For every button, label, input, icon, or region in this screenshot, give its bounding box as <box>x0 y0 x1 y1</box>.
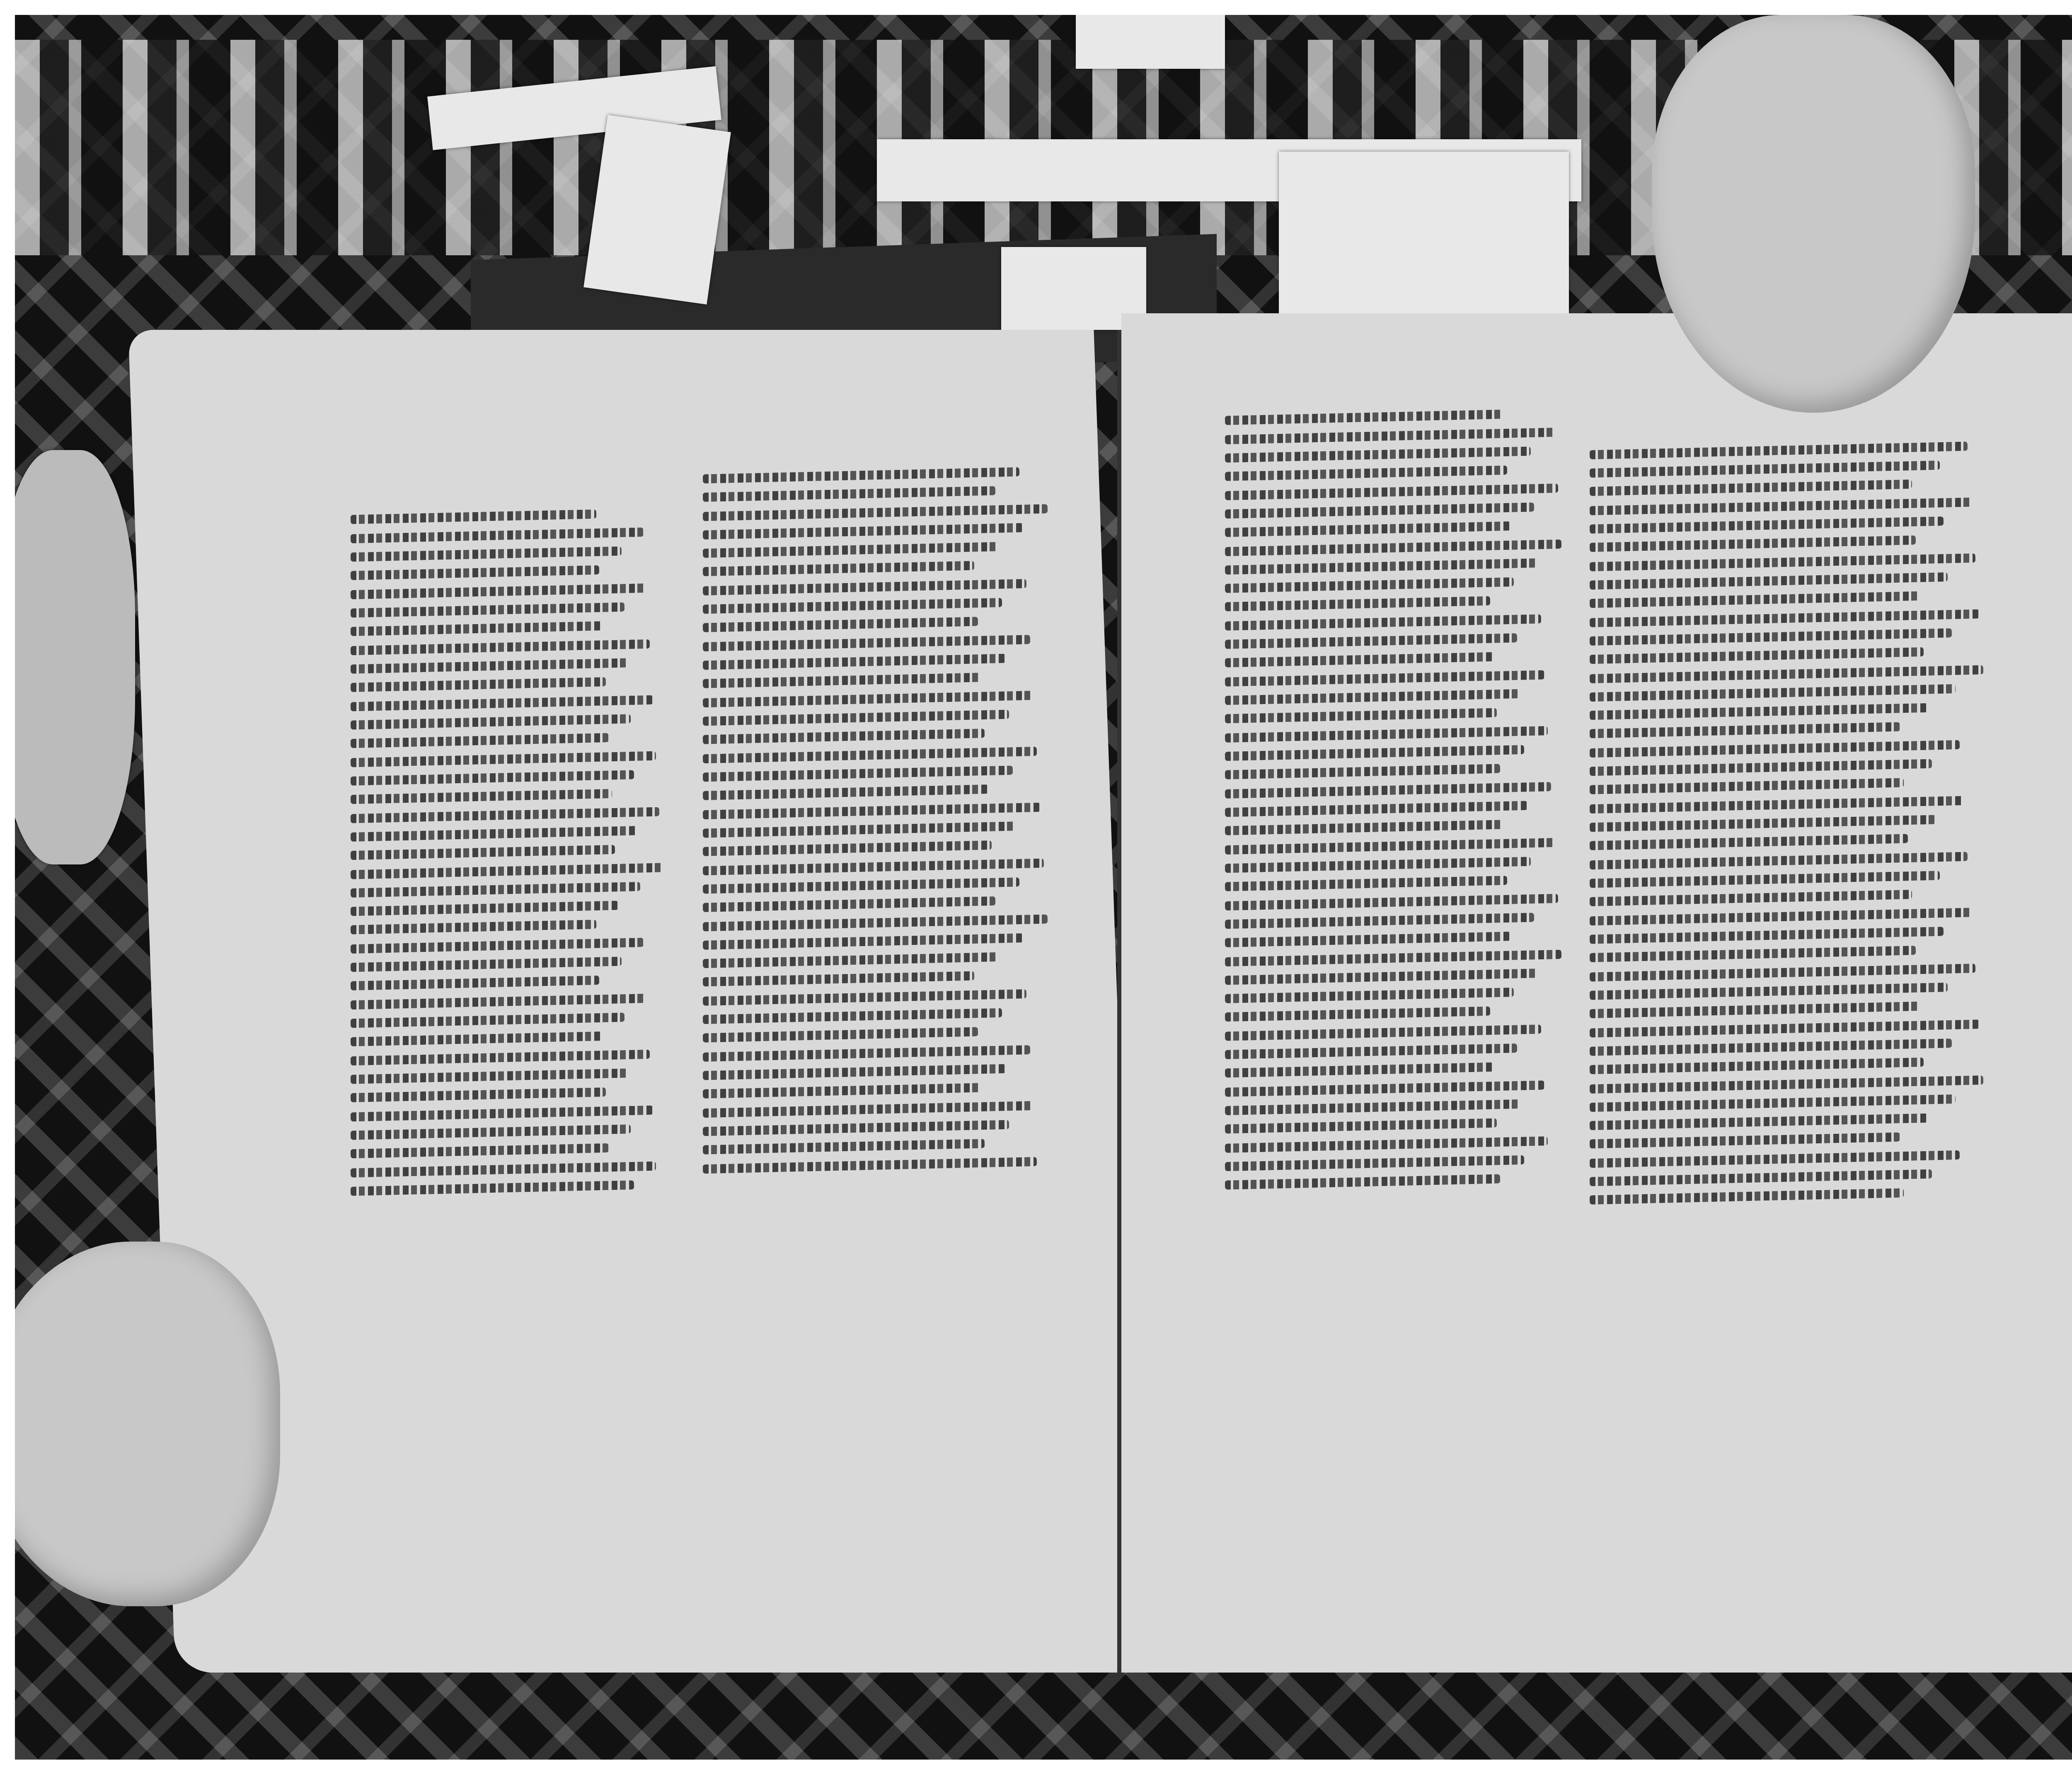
handwritten-line <box>703 1083 981 1098</box>
handwritten-line <box>351 677 606 692</box>
handwritten-line <box>1225 614 1541 630</box>
handwritten-line <box>703 1027 978 1042</box>
handwritten-line <box>703 821 1016 838</box>
handwritten-line <box>351 920 596 934</box>
text-column-3 <box>1225 413 1565 1186</box>
handwritten-line <box>1590 740 1960 758</box>
handwritten-line <box>1225 1080 1544 1097</box>
handwritten-line <box>1590 479 1912 496</box>
handwritten-line <box>1590 1058 1924 1074</box>
paper-slip <box>583 115 731 305</box>
handwritten-line <box>703 710 1009 726</box>
handwritten-line <box>351 994 647 1009</box>
handwritten-line <box>1225 689 1521 705</box>
handwritten-line <box>1225 577 1514 593</box>
handwritten-line <box>1590 591 1920 608</box>
handwritten-line <box>703 840 992 856</box>
handwritten-line <box>351 621 603 636</box>
handwritten-line <box>1225 708 1497 724</box>
handwritten-line <box>1590 722 1900 738</box>
handwritten-line <box>1590 1169 1932 1186</box>
handwritten-line <box>1225 1136 1548 1153</box>
handwritten-line <box>703 486 995 502</box>
handwritten-line <box>1590 1150 1960 1168</box>
handwritten-line <box>703 635 1030 651</box>
handwritten-line <box>1225 521 1510 537</box>
handwritten-line <box>1590 1094 1956 1112</box>
handwritten-line <box>1225 1043 1518 1059</box>
handwritten-line <box>351 1068 628 1084</box>
handwritten-line <box>1225 820 1504 835</box>
handwritten-line <box>703 504 1048 521</box>
handwritten-line <box>1225 484 1558 500</box>
book-gutter <box>1117 330 1121 1673</box>
handwritten-line <box>1225 596 1490 612</box>
handwritten-line <box>703 654 1006 670</box>
handwritten-line <box>1225 913 1534 929</box>
handwritten-line <box>1225 1118 1497 1134</box>
handwritten-line <box>1590 1075 1984 1094</box>
handwritten-line <box>1590 834 1908 850</box>
handwritten-line <box>1590 871 1940 888</box>
paper-slip <box>1279 152 1569 317</box>
text-column-2 <box>703 471 1051 1170</box>
handwritten-line <box>1590 963 1975 981</box>
handwritten-line <box>1590 498 1972 516</box>
handwritten-line <box>703 1008 1002 1024</box>
handwritten-line <box>1225 726 1548 743</box>
handwritten-line <box>1225 633 1518 649</box>
handwritten-line <box>1225 988 1514 1003</box>
photo-frame <box>15 15 2072 1760</box>
handwritten-line <box>703 1139 985 1154</box>
handwritten-line <box>1590 516 1944 533</box>
handwritten-line <box>1225 745 1524 761</box>
handwritten-line <box>351 603 625 618</box>
handwritten-line <box>703 784 988 800</box>
handwritten-line <box>1590 609 1980 627</box>
handwritten-line <box>703 989 1026 1006</box>
handwritten-line <box>351 1143 609 1158</box>
handwritten-line <box>1590 815 1936 832</box>
handwritten-line <box>351 789 612 804</box>
handwritten-line <box>1590 1002 1920 1018</box>
handwritten-line <box>351 547 622 562</box>
handwritten-line <box>351 658 628 673</box>
handwritten-line <box>351 565 600 580</box>
handwritten-line <box>1590 535 1916 552</box>
handwritten-line <box>351 733 609 748</box>
handwritten-line <box>351 695 653 712</box>
cloth <box>15 450 135 864</box>
handwritten-line <box>703 1120 1009 1136</box>
handwritten-line <box>351 901 618 916</box>
handwritten-line <box>1590 1133 1900 1149</box>
handwritten-line <box>703 803 1041 819</box>
handwritten-line <box>1225 801 1527 817</box>
paper-slip <box>1076 15 1225 69</box>
handwritten-line <box>1590 927 1944 944</box>
handwritten-line <box>351 770 634 786</box>
handwritten-line <box>351 807 659 823</box>
handwritten-line <box>703 542 999 558</box>
handwritten-line <box>351 751 656 767</box>
handwritten-line <box>351 882 641 898</box>
handwritten-line <box>1590 572 1948 590</box>
handwritten-line <box>703 877 1020 893</box>
handwritten-line <box>1225 876 1507 891</box>
handwritten-line <box>703 859 1044 876</box>
handwritten-line <box>703 673 981 688</box>
handwritten-line <box>703 561 975 576</box>
handwritten-line <box>351 976 600 990</box>
handwritten-line <box>703 1045 1030 1062</box>
handwritten-line <box>1590 908 1972 926</box>
right-hand <box>1652 15 1975 413</box>
text-column-1 <box>351 512 666 1193</box>
handwritten-line <box>1590 628 1952 646</box>
handwritten-line <box>351 1162 656 1178</box>
handwritten-line <box>351 938 644 954</box>
handwritten-line <box>1225 1099 1521 1115</box>
handwritten-line <box>1590 665 1984 683</box>
handwritten-line <box>1225 1063 1493 1078</box>
handwritten-line <box>351 714 631 729</box>
handwritten-line <box>1225 1155 1524 1171</box>
handwritten-line <box>703 915 1048 932</box>
handwritten-line <box>351 1124 631 1140</box>
handwritten-line <box>1590 460 1940 477</box>
handwritten-line <box>1225 1007 1490 1022</box>
handwritten-line <box>703 691 1034 707</box>
handwritten-line <box>1225 950 1561 966</box>
handwritten-line <box>1590 983 1948 1000</box>
handwritten-line <box>1225 465 1507 481</box>
handwritten-line <box>1590 647 1924 664</box>
handwritten-line <box>703 598 1002 614</box>
handwritten-line <box>703 896 995 912</box>
handwritten-line <box>703 933 1023 950</box>
handwritten-line <box>351 863 663 879</box>
handwritten-line <box>703 1101 1034 1118</box>
handwritten-line <box>1590 759 1932 776</box>
handwritten-line <box>1225 838 1555 855</box>
handwritten-line <box>1590 852 1968 870</box>
handwritten-line <box>351 957 622 972</box>
handwritten-line <box>351 1050 650 1065</box>
handwritten-line <box>1590 553 1975 571</box>
handwritten-line <box>1225 447 1531 463</box>
handwritten-line <box>1225 558 1538 574</box>
handwritten-line <box>703 617 978 632</box>
handwritten-line <box>1590 1019 1980 1037</box>
handwritten-line <box>703 1064 1006 1080</box>
handwritten-line <box>1225 764 1501 779</box>
handwritten-line <box>1590 946 1916 962</box>
handwritten-line <box>1590 778 1904 794</box>
left-hand <box>15 1242 280 1606</box>
handwritten-line <box>1225 1024 1541 1041</box>
handwritten-line <box>1590 796 1964 813</box>
handwritten-line <box>351 1013 625 1028</box>
handwritten-line <box>351 583 647 599</box>
handwritten-line <box>1225 782 1551 799</box>
handwritten-line <box>1225 932 1510 947</box>
text-column-4 <box>1590 446 1987 1201</box>
handwritten-line <box>1225 670 1544 686</box>
handwritten-line <box>351 1106 653 1122</box>
handwritten-line <box>1225 968 1538 985</box>
handwritten-line <box>1225 894 1558 910</box>
handwritten-line <box>351 528 644 543</box>
handwritten-line <box>703 579 1026 596</box>
handwritten-line <box>703 729 985 744</box>
handwritten-line <box>703 766 1013 782</box>
handwritten-line <box>351 845 615 860</box>
handwritten-line <box>1225 652 1493 668</box>
handwritten-line <box>1225 428 1555 444</box>
handwritten-line <box>1590 1039 1952 1056</box>
handwritten-line <box>351 1087 606 1102</box>
handwritten-line <box>703 952 999 968</box>
handwritten-line <box>1590 890 1912 906</box>
handwritten-line <box>703 523 1023 540</box>
handwritten-line <box>1590 703 1928 720</box>
handwritten-line <box>1225 857 1531 873</box>
handwritten-line <box>1590 684 1956 702</box>
handwritten-line <box>1590 1114 1928 1131</box>
handwritten-line <box>351 639 650 655</box>
handwritten-line <box>703 747 1037 763</box>
handwritten-line <box>351 826 637 842</box>
handwritten-line <box>1225 503 1534 519</box>
handwritten-line <box>703 971 975 987</box>
handwritten-line <box>351 1031 603 1046</box>
open-manuscript <box>152 305 2072 1673</box>
handwritten-line <box>1225 540 1561 556</box>
